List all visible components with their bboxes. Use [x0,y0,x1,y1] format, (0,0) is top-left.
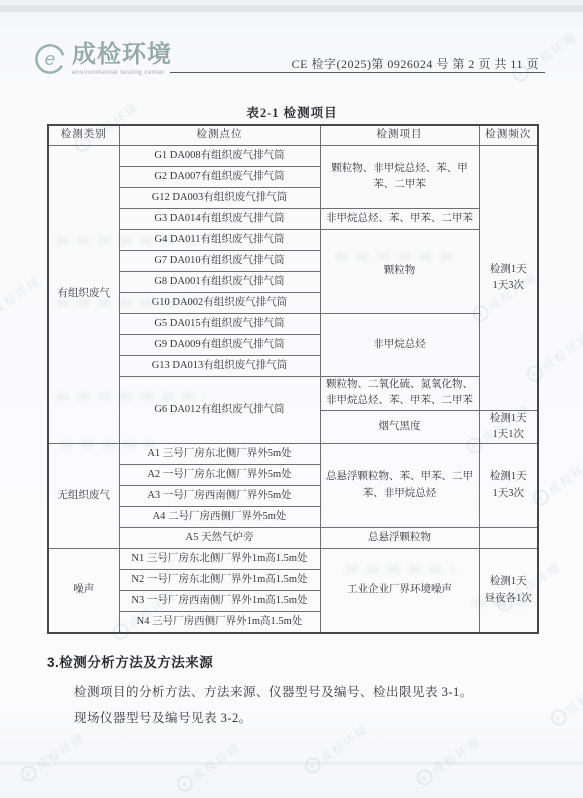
logo-circle-e-icon: e [33,42,67,76]
cell-point-g3: G3 DA014有组织废气排气筒 [119,209,320,230]
cell-point-g7: G7 DA010有组织废气排气筒 [119,251,320,272]
cell-point-a2: A2 一号厂房东北侧厂界外5m处 [119,465,320,486]
section-3-paragraph-2: 现场仪器型号及编号见表 3-2。 [74,708,252,726]
cell-item-a5: 总悬浮颗粒物 [320,528,479,549]
brand-watermark: e成检环境 [548,672,583,728]
cell-freq-unorganized: 检测1天 1天3次 [479,444,538,528]
col-header-category: 检测类别 [48,125,119,146]
document-number: CE 检字(2025)第 0926024 号 第 2 页 共 11 页 [292,55,539,72]
cell-point-g1: G1 DA008有组织废气排气筒 [119,146,320,167]
table-row: G6 DA012有组织废气排气筒 颗粒物、二氧化硫、氮氧化物、非甲烷总烃、苯、甲… [48,377,538,411]
cell-point-g2: G2 DA007有组织废气排气筒 [119,167,320,188]
table-title: 表2-1 检测项目 [47,103,537,121]
cell-point-g12: G12 DA003有组织废气排气筒 [119,188,320,209]
cell-point-n1: N1 三号厂房东北侧厂界外1m高1.5m处 [119,549,320,570]
brand-subtitle: environmental testing center [72,69,172,76]
company-logo: e 成检环境 environmental testing center [33,42,172,76]
scan-artifact-band-top [0,5,583,12]
table-row: 噪声 N1 三号厂房东北侧厂界外1m高1.5m处 工业企业厂界环境噪声 检测1天… [48,549,538,570]
cell-point-a5: A5 天然气炉旁 [119,528,320,549]
brand-watermark: e成检环境 [302,720,372,776]
logo-ring-icon: e [18,763,39,784]
brand-name: 成检环境 [72,42,172,68]
detection-items-table: 检测类别 检测点位 检测项目 检测频次 有组织废气 G1 DA008有组织废气排… [47,124,539,634]
logo-ring-icon: e [174,773,195,794]
scan-artifact-band-bottom [0,762,583,765]
cell-item-a1-a4: 总悬浮颗粒物、苯、甲苯、二甲苯、非甲烷总烃 [320,444,479,528]
cell-point-n3: N3 一号厂房西南侧厂界外1m高1.5m处 [119,591,320,612]
cell-point-a3: A3 一号厂房西南侧厂界外5m处 [119,486,320,507]
table-row: G4 DA011有组织废气排气筒 颗粒物 [48,230,538,251]
svg-text:e: e [45,48,55,69]
brand-watermark: e成检环境 [414,732,484,788]
cell-category-unorganized: 无组织废气 [48,444,119,549]
logo-ring-icon: e [302,755,323,776]
cell-freq-noise: 检测1天 昼夜各1次 [479,549,538,634]
cell-point-g6: G6 DA012有组织废气排气筒 [119,377,320,444]
cell-category-organized: 有组织废气 [48,146,119,444]
cell-freq-smoke: 检测1天 1天1次 [479,410,538,444]
logo-ring-icon: e [548,707,569,728]
table-row: G5 DA015有组织废气排气筒 非甲烷总烃 [48,314,538,335]
brand-watermark: e成检环境 [0,272,44,328]
logo-ring-icon: e [414,767,435,788]
cell-freq-a5-empty [479,528,538,549]
cell-item-noise: 工业企业厂界环境噪声 [320,549,479,634]
col-header-frequency: 检测频次 [479,125,538,146]
table-row: 有组织废气 G1 DA008有组织废气排气筒 颗粒物、非甲烷总烃、苯、甲苯、二甲… [48,146,538,167]
cell-item-g6-main: 颗粒物、二氧化硫、氮氧化物、非甲烷总烃、苯、甲苯、二甲苯 [320,377,479,411]
cell-freq-organized: 检测1天 1天3次 [479,146,538,411]
cell-point-g13: G13 DA013有组织废气排气筒 [119,356,320,377]
col-header-item: 检测项目 [320,125,479,146]
cell-point-a4: A4 二号厂房西侧厂界外5m处 [119,507,320,528]
cell-point-g9: G9 DA009有组织废气排气筒 [119,335,320,356]
header-rule [170,72,545,73]
cell-point-a1: A1 三号厂房东北侧厂界外5m处 [119,444,320,465]
brand-watermark: e成检环境 [174,738,244,794]
section-3-heading: 3.检测分析方法及方法来源 [47,651,213,671]
cell-item-g5-g9-g13: 非甲烷总烃 [320,314,479,377]
table-row: A5 天然气炉旁 总悬浮颗粒物 [48,528,538,549]
report-page: e成检环境 e成检环境 e成检环境 e成检环境 e成检环境 e成检环境 e成检环… [0,0,583,798]
cell-item-g3: 非甲烷总烃、苯、甲苯、二甲苯 [320,209,479,230]
cell-category-noise: 噪声 [48,549,119,634]
cell-point-n4: N4 三号厂房西侧厂界外1m高1.5m处 [119,612,320,634]
cell-point-g4: G4 DA011有组织废气排气筒 [119,230,320,251]
section-3-paragraph-1: 检测项目的分析方法、方法来源、仪器型号及编号、检出限见表 3-1。 [74,682,473,700]
cell-item-g4-g7-g8-g10: 颗粒物 [320,230,479,314]
table-row: 无组织废气 A1 三号厂房东北侧厂界外5m处 总悬浮颗粒物、苯、甲苯、二甲苯、非… [48,444,538,465]
col-header-point: 检测点位 [119,125,320,146]
cell-point-g10: G10 DA002有组织废气排气筒 [119,293,320,314]
cell-point-n2: N2 一号厂房东北侧厂界外1m高1.5m处 [119,570,320,591]
cell-point-g8: G8 DA001有组织废气排气筒 [119,272,320,293]
cell-item-g1-g2-g12: 颗粒物、非甲烷总烃、苯、甲苯、二甲苯 [320,146,479,209]
table-row: G3 DA014有组织废气排气筒 非甲烷总烃、苯、甲苯、二甲苯 [48,209,538,230]
cell-point-g5: G5 DA015有组织废气排气筒 [119,314,320,335]
table-header-row: 检测类别 检测点位 检测项目 检测频次 [48,125,538,146]
cell-item-g6-smoke: 烟气黑度 [320,410,479,444]
brand-watermark: e成检环境 [18,728,88,784]
